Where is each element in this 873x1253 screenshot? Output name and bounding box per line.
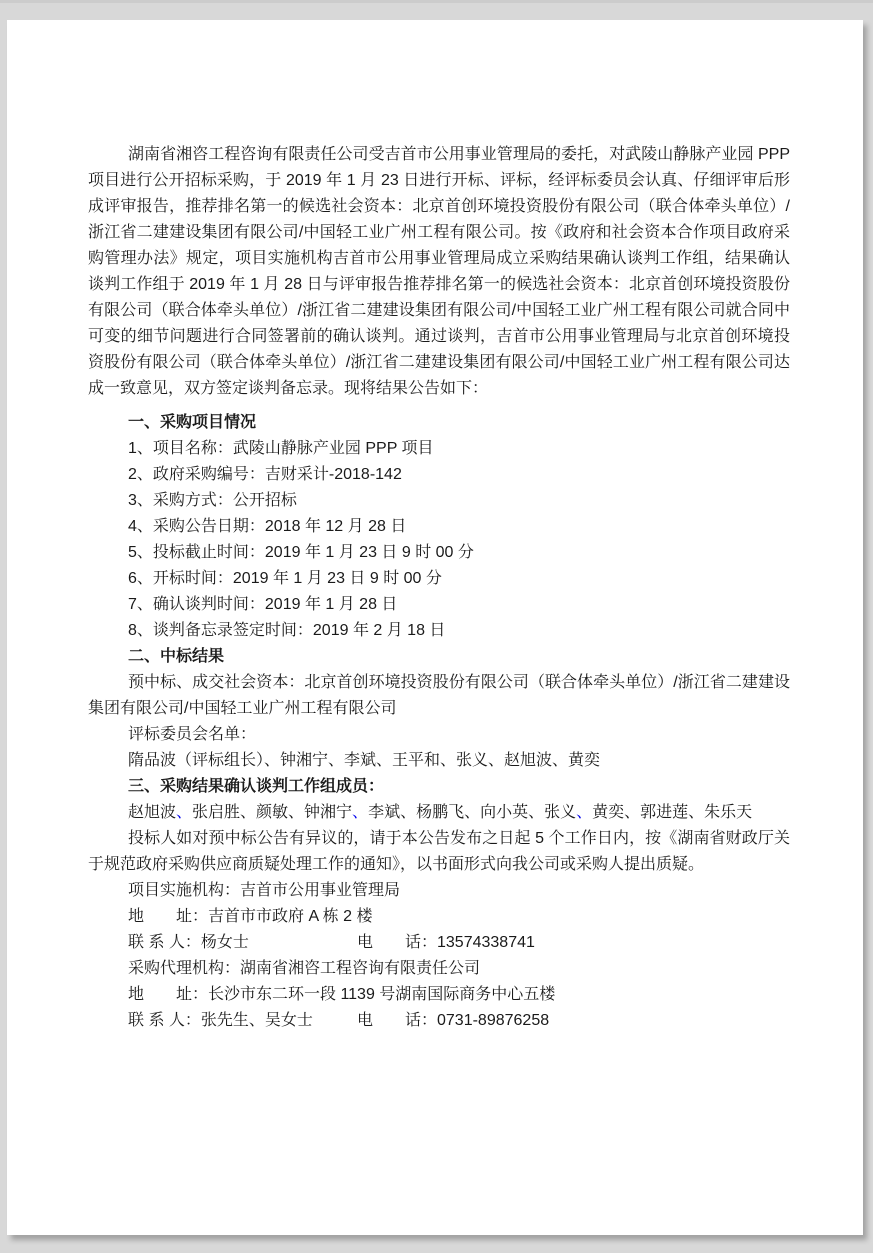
list-item-procurement-no: 2、政府采购编号：吉财采计-2018-142: [88, 462, 790, 488]
list-item-method: 3、采购方式：公开招标: [88, 488, 790, 514]
section1-heading: 一、采购项目情况: [88, 410, 790, 436]
workgroup-members: 赵旭波、张启胜、颜敏、钟湘宁、李斌、杨鹏飞、向小英、张义、黄奕、郭进莲、朱乐天: [88, 800, 790, 826]
blue-separator: 、: [352, 804, 368, 821]
blue-separator: 、: [176, 804, 192, 821]
list-item-project-name: 1、项目名称：武陵山静脉产业园 PPP 项目: [88, 436, 790, 462]
agent-contact-person: 联 系 人：张先生、吴女士: [128, 1008, 357, 1034]
agent-contact-row: 联 系 人：张先生、吴女士电 话：0731-89876258: [88, 1008, 790, 1034]
window-top-edge: [0, 0, 873, 3]
committee-members: 隋品波（评标组长）、钟湘宁、李斌、王平和、张义、赵旭波、黄奕: [88, 748, 790, 774]
agency-phone: 电 话：13574338741: [357, 934, 535, 951]
member-names: 赵旭波: [128, 804, 176, 821]
agency-contact-row: 联 系 人：杨女士电 话：13574338741: [88, 930, 790, 956]
section3-heading: 三、采购结果确认谈判工作组成员：: [88, 774, 790, 800]
list-item-opening-time: 6、开标时间：2019 年 1 月 23 日 9 时 00 分: [88, 566, 790, 592]
agent-phone: 电 话：0731-89876258: [357, 1012, 549, 1029]
list-item-bid-deadline: 5、投标截止时间：2019 年 1 月 23 日 9 时 00 分: [88, 540, 790, 566]
member-names: 张启胜、颜敏、钟湘宁: [192, 804, 352, 821]
list-item-confirm-time: 7、确认谈判时间：2019 年 1 月 28 日: [88, 592, 790, 618]
blue-separator: 、: [576, 804, 592, 821]
committee-label: 评标委员会名单：: [88, 722, 790, 748]
member-names: 黄奕、郭进莲、朱乐天: [592, 804, 752, 821]
section2-heading: 二、中标结果: [88, 644, 790, 670]
agent-line: 采购代理机构：湖南省湘咨工程咨询有限责任公司: [88, 956, 790, 982]
agent-address-line: 地 址：长沙市东二环一段 1139 号湖南国际商务中心五楼: [88, 982, 790, 1008]
intro-paragraph: 湖南省湘咨工程咨询有限责任公司受吉首市公用事业管理局的委托，对武陵山静脉产业园 …: [88, 142, 790, 402]
agency-contact-person: 联 系 人：杨女士: [128, 930, 357, 956]
implementing-agency-line: 项目实施机构：吉首市公用事业管理局: [88, 878, 790, 904]
objection-paragraph: 投标人如对预中标公告有异议的，请于本公告发布之日起 5 个工作日内，按《湖南省财…: [88, 826, 790, 878]
document-page: 湖南省湘咨工程咨询有限责任公司受吉首市公用事业管理局的委托，对武陵山静脉产业园 …: [7, 20, 863, 1235]
list-item-memo-sign-time: 8、谈判备忘录签定时间：2019 年 2 月 18 日: [88, 618, 790, 644]
award-paragraph: 预中标、成交社会资本：北京首创环境投资股份有限公司（联合体牵头单位）/浙江省二建…: [88, 670, 790, 722]
list-item-announce-date: 4、采购公告日期：2018 年 12 月 28 日: [88, 514, 790, 540]
member-names: 李斌、杨鹏飞、向小英、张义: [368, 804, 576, 821]
document-content: 湖南省湘咨工程咨询有限责任公司受吉首市公用事业管理局的委托，对武陵山静脉产业园 …: [7, 20, 863, 1034]
agency-address-line: 地 址：吉首市市政府 A 栋 2 楼: [88, 904, 790, 930]
